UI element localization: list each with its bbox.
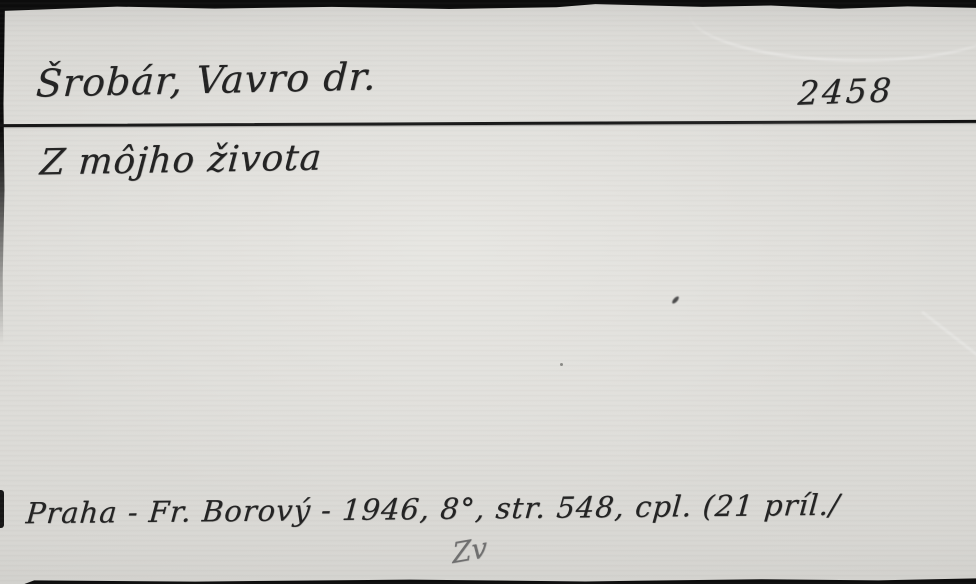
pencil-annotation: Zv bbox=[452, 531, 488, 570]
scan-edge-bottom bbox=[0, 576, 976, 584]
author-heading: Šrobár, Vavro dr. bbox=[35, 54, 378, 105]
paper-blemish bbox=[560, 363, 563, 366]
imprint-line: Praha - Fr. Borový - 1946, 8°, str. 548,… bbox=[25, 488, 842, 531]
book-title: Z môjho života bbox=[39, 138, 324, 184]
catalog-number: 2458 bbox=[797, 70, 896, 112]
scan-edge-left-lower-mark bbox=[0, 490, 4, 528]
scan-edge-top bbox=[0, 0, 976, 11]
scanned-catalog-card: Šrobár, Vavro dr. 2458 Z môjho života Pr… bbox=[0, 0, 976, 584]
paper-crease-bottom-right bbox=[921, 311, 976, 411]
paper-crease-top-right bbox=[687, 0, 976, 73]
header-rule bbox=[0, 120, 976, 127]
ink-speck bbox=[671, 295, 680, 304]
scan-edge-left bbox=[0, 0, 5, 345]
